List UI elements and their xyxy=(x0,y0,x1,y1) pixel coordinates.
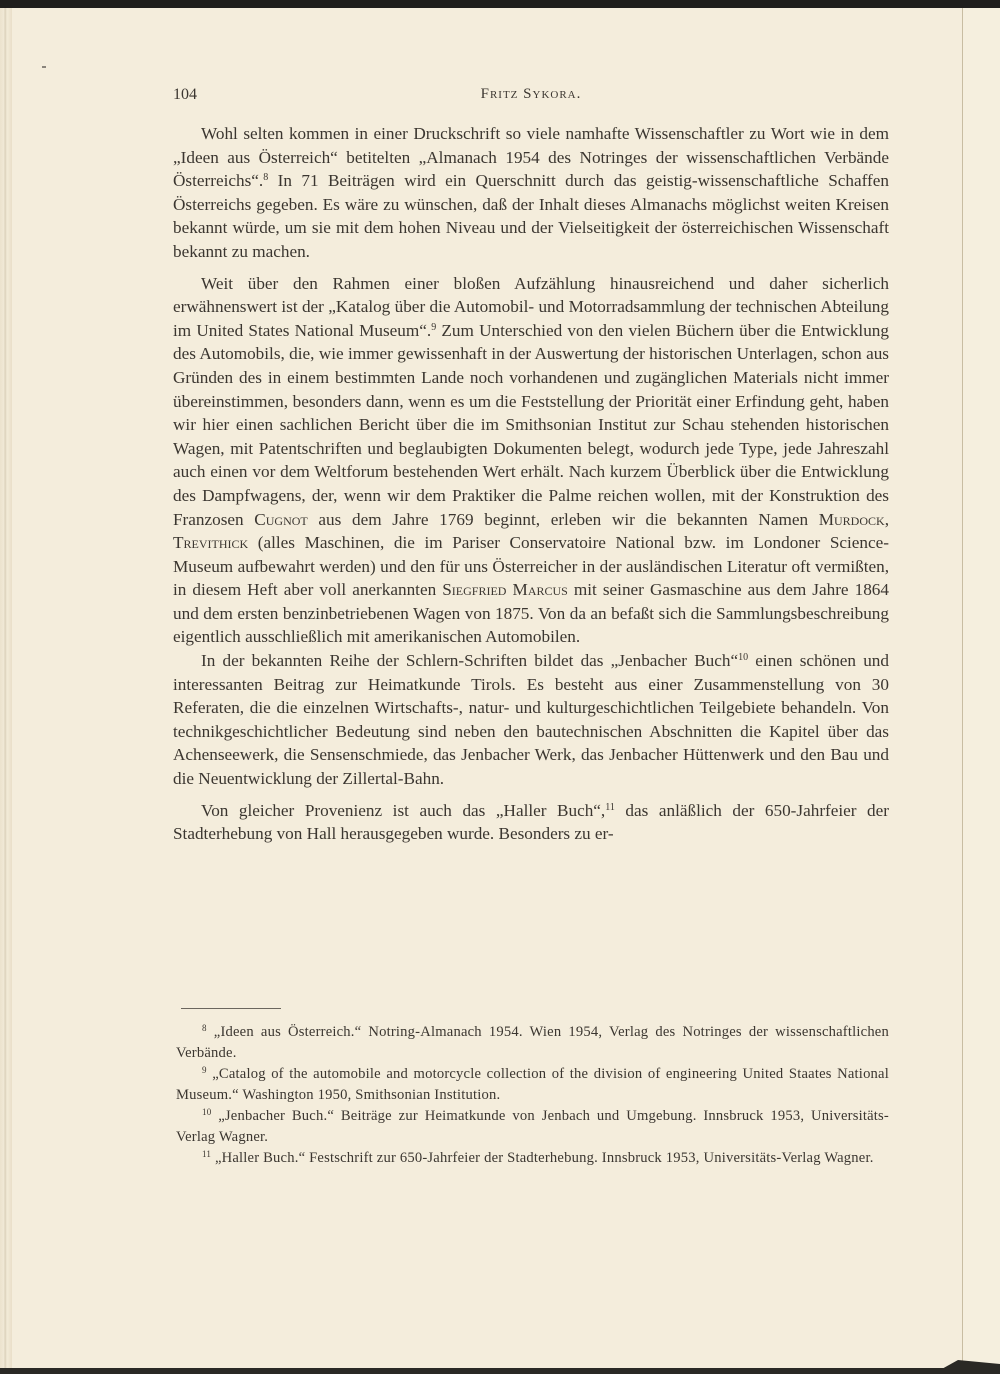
person-name: Cugnot xyxy=(254,510,307,529)
footnote-number: 8 xyxy=(202,1023,207,1033)
footnote-number: 9 xyxy=(202,1065,207,1075)
paragraph: Weit über den Rahmen einer bloßen Aufzäh… xyxy=(173,272,889,650)
scan-bottom-border xyxy=(0,1368,1000,1374)
paragraph: Von gleicher Provenienz ist auch das „Ha… xyxy=(173,799,889,846)
scan-speck xyxy=(42,66,46,68)
footnote-ref[interactable]: 11 xyxy=(605,802,615,813)
footnote: 10 „Jenbacher Buch.“ Beiträge zur Heimat… xyxy=(176,1106,889,1148)
footnote-number: 11 xyxy=(202,1149,211,1159)
body-text: Wohl selten kommen in einer Druckschrift… xyxy=(173,122,889,846)
footnote: 11 „Haller Buch.“ Festschrift zur 650-Ja… xyxy=(176,1148,889,1169)
footnote: 8 „Ideen aus Österreich.“ Notring-Almana… xyxy=(176,1022,889,1064)
running-head: Fritz Sykora. xyxy=(173,86,889,103)
footnote-number: 10 xyxy=(202,1107,211,1117)
scan-top-border xyxy=(0,0,1000,8)
footnote-separator xyxy=(181,1008,281,1009)
footnote: 9 „Catalog of the automobile and motorcy… xyxy=(176,1064,889,1106)
page-left-edge xyxy=(0,8,12,1368)
page-header: 104 Fritz Sykora. xyxy=(173,86,889,108)
paragraph: In der bekannten Reihe der Schlern-Schri… xyxy=(173,649,889,791)
paragraph: Wohl selten kommen in einer Druckschrift… xyxy=(173,122,889,264)
footnotes: 8 „Ideen aus Österreich.“ Notring-Almana… xyxy=(176,1022,889,1169)
footnote-ref[interactable]: 10 xyxy=(738,652,748,663)
person-name: Siegfried Marcus xyxy=(442,580,568,599)
person-name: Trevithick xyxy=(173,533,248,552)
facing-page-edge xyxy=(963,8,1000,1368)
person-name: Murdock xyxy=(819,510,885,529)
